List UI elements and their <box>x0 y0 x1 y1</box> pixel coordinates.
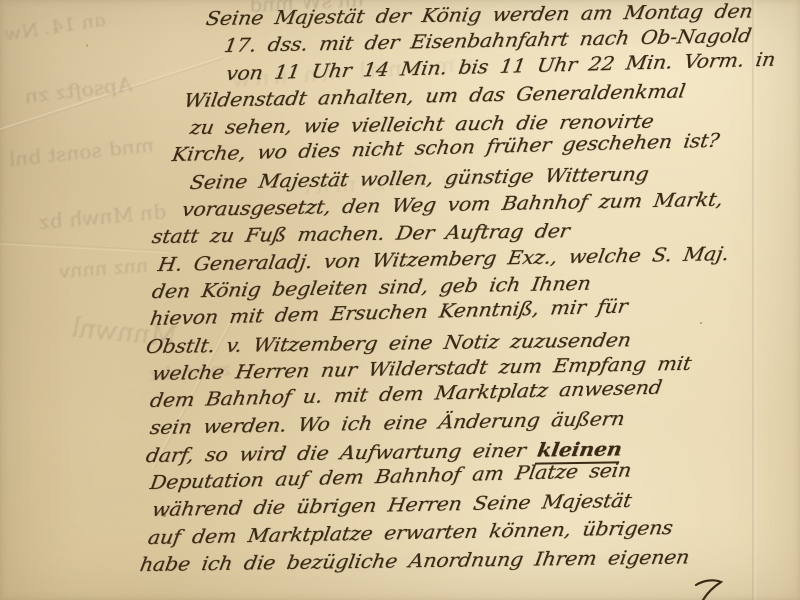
cutoff-ink-stroke <box>694 576 728 600</box>
bleedthrough-fragment: nnz nnnv <box>58 255 150 283</box>
horizontal-crease-left <box>0 242 170 254</box>
bleedthrough-fragment: an 14. Nw <box>4 8 106 45</box>
bleedthrough-fragment: mnd sonst bnl <box>8 133 156 172</box>
letter-scan-page: nn sW mnd an 14. Nw Apsoftz zn mnd sonst… <box>0 0 800 600</box>
bleedthrough-fragment: Apsoftz zn <box>24 72 133 109</box>
manuscript-text-block: Seine Majestät der König werden am Monta… <box>146 6 786 579</box>
ink-speck <box>86 44 88 47</box>
